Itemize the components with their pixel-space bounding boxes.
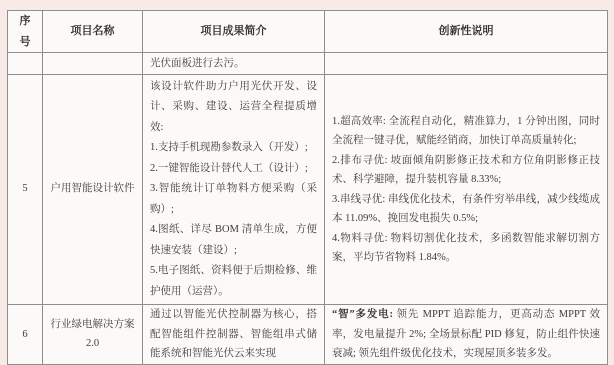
cell-innovation-6: “智”多发电: 领先 MPPT 追踪能力，更高动态 MPPT 效率，发电量提升 … xyxy=(325,305,608,355)
summary-paragraph: 2.一键智能设计替代人工（设计）; xyxy=(150,159,317,180)
summary-paragraph: 5.电子图纸、资料便于后期检修、维护使用（运营）。 xyxy=(150,261,317,302)
cell-seq-empty xyxy=(8,53,43,75)
cell-summary-continuation: 光伏面板进行去污。 xyxy=(143,53,325,75)
header-seq: 序号 xyxy=(8,11,43,53)
table-row-6: 6 行业绿电解决方案 2.0 通过以智能光伏控制器为核心，搭配智能组件控制器、智… xyxy=(8,305,608,355)
cell-name-empty xyxy=(43,53,143,75)
innovation-paragraph: 3.串线寻优: 串线优化技术，有条件穷举串线，减少线缆成本 11.09%、挽回发… xyxy=(332,190,600,229)
cell-seq-5: 5 xyxy=(8,75,43,305)
summary-paragraph: 1.支持手机现勘参数录入（开发）; xyxy=(150,138,317,159)
cell-summary-5: 该设计软件助力户用光伏开发、设计、采购、建设、运营全程提质增效: 1.支持手机现… xyxy=(143,75,325,305)
summary-line: 光伏面板进行去污。 xyxy=(150,53,317,74)
innovation-paragraph: 1.超高效率: 全流程自动化，精准算力，1 分钟出图，同时全流程一键寻优，赋能经… xyxy=(332,112,600,151)
header-innovation: 创新性说明 xyxy=(325,11,608,53)
innovation-bold-lead: “智”多发电: xyxy=(332,309,393,320)
cell-name-5: 户用智能设计软件 xyxy=(43,75,143,305)
innovation-paragraph: 4.物料寻优: 物料切割优化技术，多函数智能求解切割方案，平均节省物料 1.84… xyxy=(332,229,600,268)
header-name: 项目名称 xyxy=(43,11,143,53)
cell-seq-6: 6 xyxy=(8,305,43,355)
cell-summary-6: 通过以智能光伏控制器为核心，搭配智能组件控制器、智能组串式储能系统和智能光伏云来… xyxy=(143,305,325,355)
summary-paragraph: 4.图纸、详尽 BOM 清单生成，方便快速安装（建设）; xyxy=(150,220,317,261)
cell-innovation-5: 1.超高效率: 全流程自动化，精准算力，1 分钟出图，同时全流程一键寻优，赋能经… xyxy=(325,75,608,305)
summary-paragraph: 该设计软件助力户用光伏开发、设计、采购、建设、运营全程提质增效: xyxy=(150,77,317,139)
table-row-continuation: 光伏面板进行去污。 xyxy=(8,53,608,75)
header-summary: 项目成果简介 xyxy=(143,11,325,53)
table-header-row: 序号 项目名称 项目成果简介 创新性说明 xyxy=(8,11,608,53)
cell-innovation-empty xyxy=(325,53,608,75)
summary-paragraph: 通过以智能光伏控制器为核心，搭配智能组件控制器、智能组串式储能系统和智能光伏云来… xyxy=(150,305,317,354)
innovation-paragraph: “智”多发电: 领先 MPPT 追踪能力，更高动态 MPPT 效率，发电量提升 … xyxy=(332,305,600,354)
innovation-paragraph: 2.排布寻优: 坡面倾角阴影修正技术和方位角阴影修正技术、科学避障，提升装机容量… xyxy=(332,151,600,190)
summary-paragraph: 3.智能统计订单物料方便采购（采购）; xyxy=(150,179,317,220)
cell-name-6: 行业绿电解决方案 2.0 xyxy=(43,305,143,355)
table-row-5: 5 户用智能设计软件 该设计软件助力户用光伏开发、设计、采购、建设、运营全程提质… xyxy=(8,75,608,305)
project-results-table: 序号 项目名称 项目成果简介 创新性说明 光伏面板进行去污。 5 户用智能设计软… xyxy=(7,10,608,354)
